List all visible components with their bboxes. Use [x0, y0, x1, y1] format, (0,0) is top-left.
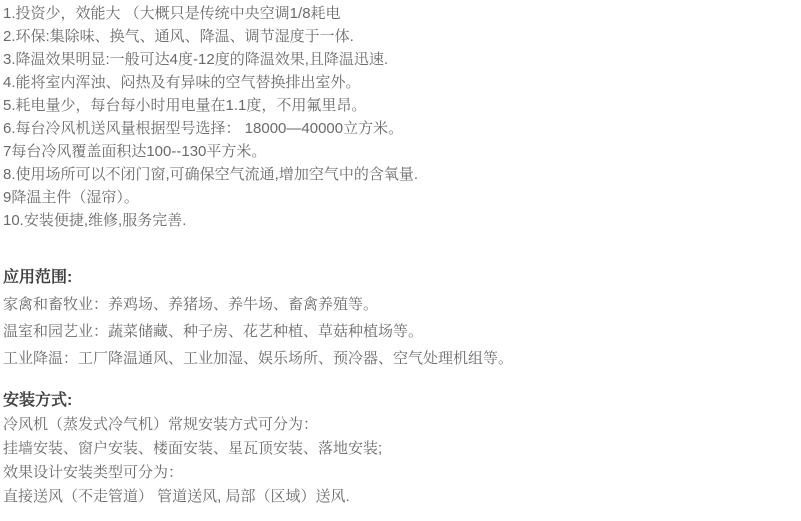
installation-line: 冷风机（蒸发式冷气机）常规安装方式可分为：	[3, 413, 795, 437]
feature-list: 1.投资少，效能大 （大概只是传统中央空调1/8耗电 2.环保:集除味、换气、通…	[3, 2, 795, 232]
installation-section: 安装方式: 冷风机（蒸发式冷气机）常规安装方式可分为： 挂墙安装、窗户安装、楼面…	[3, 389, 795, 509]
application-heading: 应用范围:	[3, 264, 795, 291]
feature-item: 8.使用场所可以不闭门窗,可确保空气流通,增加空气中的含氧量.	[3, 163, 795, 186]
application-item: 温室和园艺业：蔬菜储藏、种子房、花艺种植、草菇种植场等。	[3, 318, 795, 345]
application-item: 家禽和畜牧业：养鸡场、养猪场、养牛场、畜禽养殖等。	[3, 291, 795, 318]
feature-item: 9降温主件（湿帘）。	[3, 186, 795, 209]
installation-line: 效果设计安装类型可分为：	[3, 461, 795, 485]
installation-heading: 安装方式:	[3, 389, 795, 413]
feature-item: 2.环保:集除味、换气、通风、降温、调节湿度于一体.	[3, 25, 795, 48]
feature-item: 10.安装便捷,维修,服务完善.	[3, 209, 795, 232]
feature-item: 3.降温效果明显:一般可达4度-12度的降温效果,且降温迅速.	[3, 48, 795, 71]
feature-item: 5.耗电量少，每台每小时用电量在1.1度，不用氟里昂。	[3, 94, 795, 117]
feature-item: 4.能将室内浑浊、闷热及有异味的空气替换排出室外。	[3, 71, 795, 94]
feature-item: 6.每台冷风机送风量根据型号选择： 18000—40000立方米。	[3, 117, 795, 140]
feature-item: 7每台冷风覆盖面积达100--130平方米。	[3, 140, 795, 163]
feature-item: 1.投资少，效能大 （大概只是传统中央空调1/8耗电	[3, 2, 795, 25]
product-description: 1.投资少，效能大 （大概只是传统中央空调1/8耗电 2.环保:集除味、换气、通…	[0, 0, 801, 509]
application-section: 应用范围: 家禽和畜牧业：养鸡场、养猪场、养牛场、畜禽养殖等。 温室和园艺业：蔬…	[3, 264, 795, 372]
installation-line: 直接送风（不走管道） 管道送风, 局部（区域）送风.	[3, 485, 795, 509]
application-item: 工业降温：工厂降温通风、工业加湿、娱乐场所、预冷器、空气处理机组等。	[3, 345, 795, 372]
installation-line: 挂墙安装、窗户安装、楼面安装、星瓦顶安装、落地安装;	[3, 437, 795, 461]
